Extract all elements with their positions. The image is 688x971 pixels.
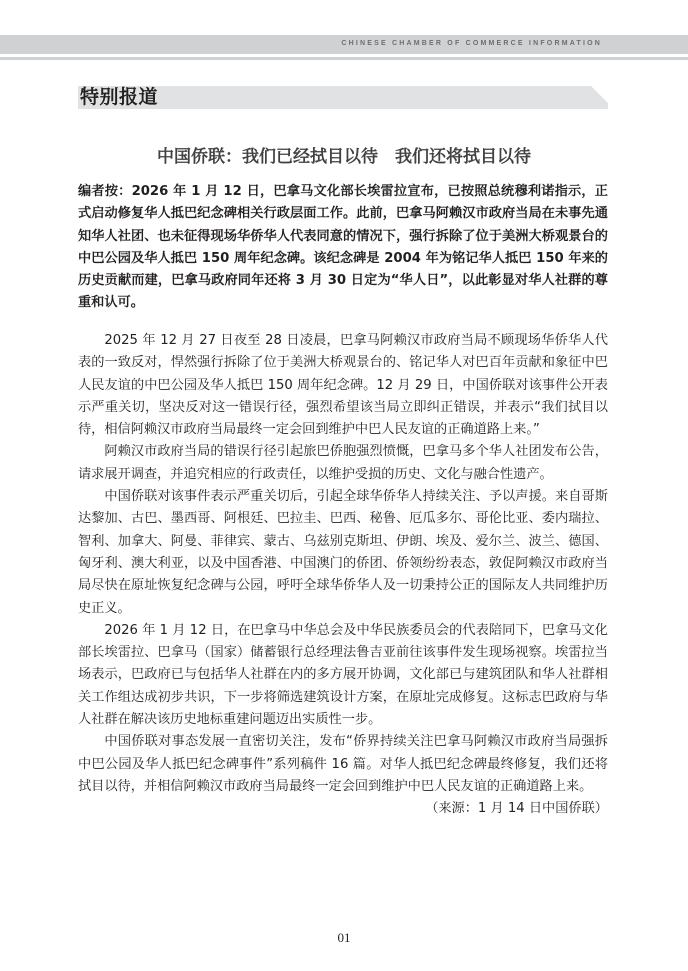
paragraph: 阿赖汉市政府当局的错误行径引起旅巴侨胞强烈愤慨，巴拿马多个华人社团发布公告，请求… xyxy=(78,441,608,486)
paragraph: 2026 年 1 月 12 日，在巴拿马中华总会及中华民族委员会的代表陪同下，巴… xyxy=(78,620,608,731)
section-title: 特别报道 xyxy=(80,86,158,109)
paragraph: 中国侨联对事态发展一直密切关注，发布“侨界持续关注巴拿马阿赖汉市政府当局强拆中巴… xyxy=(78,731,608,798)
header-divider xyxy=(0,57,688,60)
article-body: 2025 年 12 月 27 日夜至 28 日凌晨，巴拿马阿赖汉市政府当局不顾现… xyxy=(78,330,608,821)
running-head: CHINESE CHAMBER OF COMMERCE INFORMATION xyxy=(341,40,602,47)
source-attribution: （来源：1 月 14 日中国侨联） xyxy=(78,798,608,820)
paragraph: 中国侨联对该事件表示严重关切后，引起全球华侨华人持续关注、予以声援。来自哥斯达黎… xyxy=(78,486,608,620)
paragraph: 2025 年 12 月 27 日夜至 28 日凌晨，巴拿马阿赖汉市政府当局不顾现… xyxy=(78,330,608,441)
editor-note: 编者按：2026 年 1 月 12 日，巴拿马文化部长埃雷拉宣布，已按照总统穆利… xyxy=(78,181,608,315)
page-number: 01 xyxy=(0,930,688,946)
article-title: 中国侨联：我们已经拭目以待 我们还将拭目以待 xyxy=(0,145,688,169)
